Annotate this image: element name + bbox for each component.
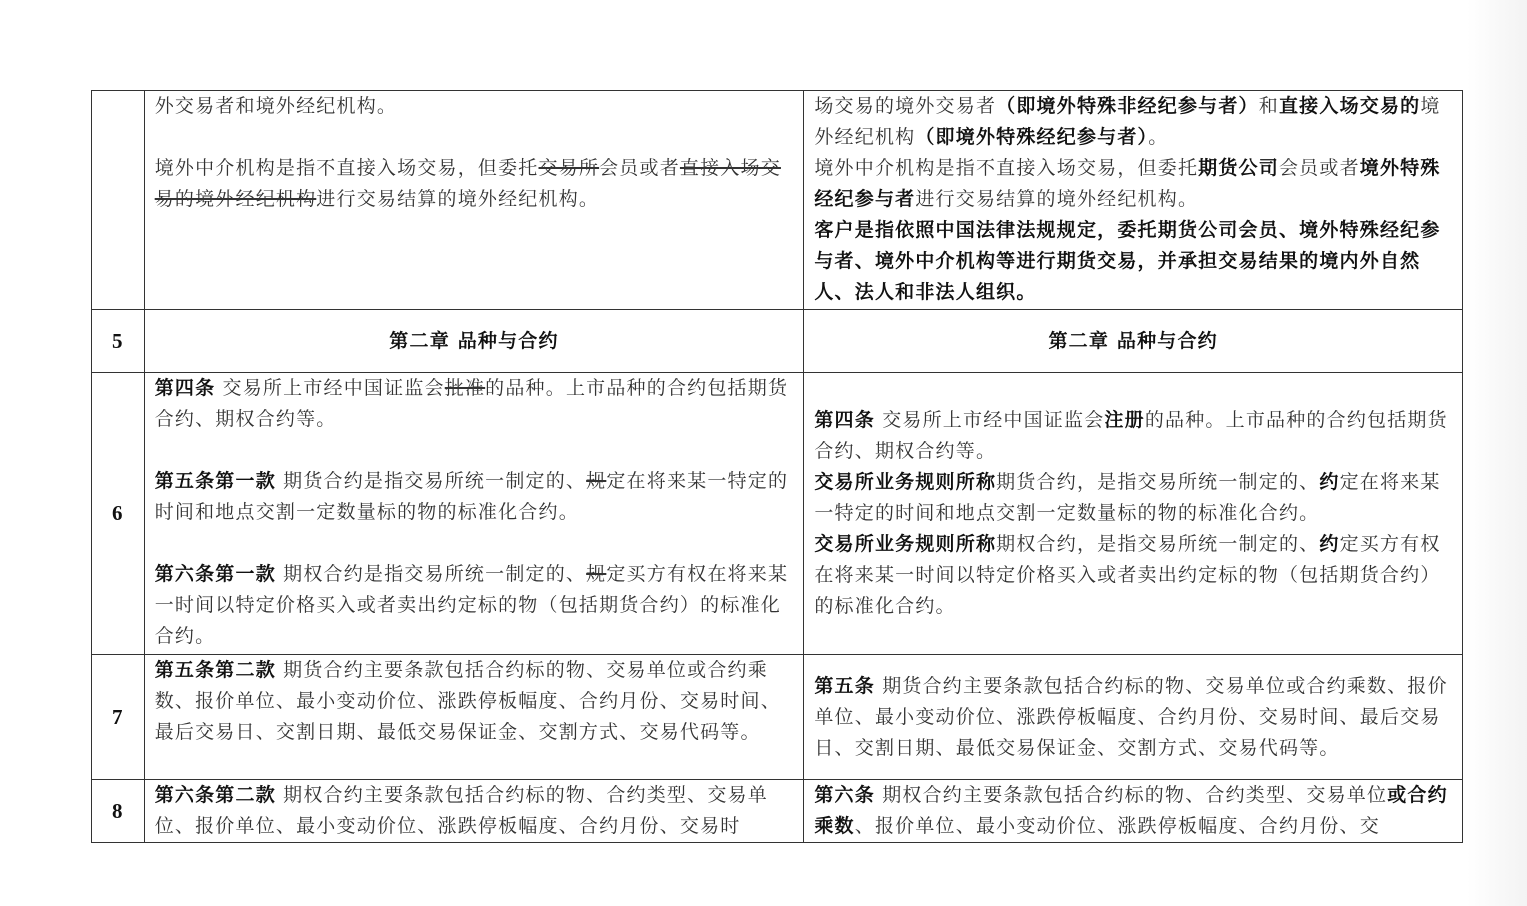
added-text: 交易所业务规则所称 [814, 533, 996, 555]
table-row: 5 第二章 品种与合约 第二章 品种与合约 [92, 310, 1463, 373]
row-number: 7 [92, 655, 145, 780]
original-text-cell: 第四条 交易所上市经中国证监会批准的品种。上市品种的合约包括期货合约、期权合约等… [144, 373, 804, 655]
added-text: 约 [1319, 533, 1339, 555]
revised-paragraph-added: 客户是指依照中国法律法规规定，委托期货公司会员、境外特殊经纪参与者、境外中介机构… [814, 215, 1452, 308]
text-segment: 期货合约，是指交易所统一制定的、 [996, 471, 1319, 493]
text-segment: 境外中介机构是指不直接入场交易，但委托 [155, 157, 539, 179]
row-number: 8 [92, 780, 145, 843]
text-segment: 交易所上市经中国证监会 [215, 377, 444, 399]
deleted-text: 批准 [445, 377, 485, 399]
article-4-revised: 第四条 交易所上市经中国证监会注册的品种。上市品种的合约包括期货合约、期权合约等… [814, 405, 1452, 467]
original-text-cell: 外交易者和境外经纪机构。 境外中介机构是指不直接入场交易，但委托交易所会员或者直… [144, 91, 804, 310]
text-segment: 场交易的境外交易者 [814, 95, 996, 117]
article-revised: 第五条 期货合约主要条款包括合约标的物、交易单位或合约乘数、报价单位、最小变动价… [814, 671, 1452, 764]
original-paragraph: 外交易者和境外经纪机构。 [155, 91, 794, 122]
revised-text-cell: 第六条 期权合约主要条款包括合约标的物、合约类型、交易单位或合约乘数、报价单位、… [804, 780, 1463, 843]
chapter-heading-revised: 第二章 品种与合约 [804, 310, 1463, 373]
rule-comparison-table: 外交易者和境外经纪机构。 境外中介机构是指不直接入场交易，但委托交易所会员或者直… [91, 90, 1463, 843]
chapter-heading-original: 第二章 品种与合约 [144, 310, 804, 373]
row-number [92, 91, 145, 310]
page-edge-shadow [1467, 0, 1527, 906]
article-heading: 第四条 [814, 409, 875, 431]
text-segment: 会员或者 [599, 157, 680, 179]
text-segment: 期货合约主要条款包括合约标的物、交易单位或合约乘数、报价单位、最小变动价位、涨跌… [814, 675, 1447, 759]
deleted-text: 规 [586, 470, 606, 492]
deleted-text: 规 [586, 563, 606, 585]
article-6-revised: 交易所业务规则所称期权合约，是指交易所统一制定的、约定买方有权在将来某一时间以特… [814, 529, 1452, 622]
revised-paragraph: 场交易的境外交易者（即境外特殊非经纪参与者）和直接入场交易的境外经纪机构（即境外… [814, 91, 1452, 153]
article-5-revised: 交易所业务规则所称期货合约，是指交易所统一制定的、约定在将来某一特定的时间和地点… [814, 467, 1452, 529]
article-6-original: 第六条第一款 期权合约是指交易所统一制定的、规定买方有权在将来某一时间以特定价格… [155, 559, 794, 652]
table-row: 8 第六条第二款 期权合约主要条款包括合约标的物、合约类型、交易单位、报价单位、… [92, 780, 1463, 843]
added-text: 约 [1319, 471, 1339, 493]
article-original: 第五条第二款 期货合约主要条款包括合约标的物、交易单位或合约乘数、报价单位、最小… [155, 655, 794, 748]
article-5-original: 第五条第一款 期货合约是指交易所统一制定的、规定在将来某一特定的时间和地点交割一… [155, 466, 794, 528]
text-segment: 交易所上市经中国证监会 [875, 409, 1104, 431]
article-revised: 第六条 期权合约主要条款包括合约标的物、合约类型、交易单位或合约乘数、报价单位、… [814, 780, 1452, 842]
original-text-cell: 第六条第二款 期权合约主要条款包括合约标的物、合约类型、交易单位、报价单位、最小… [144, 780, 804, 843]
text-segment: 期权合约，是指交易所统一制定的、 [996, 533, 1319, 555]
table-row: 外交易者和境外经纪机构。 境外中介机构是指不直接入场交易，但委托交易所会员或者直… [92, 91, 1463, 310]
revised-text-cell: 第五条 期货合约主要条款包括合约标的物、交易单位或合约乘数、报价单位、最小变动价… [804, 655, 1463, 780]
text-segment: 期货合约是指交易所统一制定的、 [276, 470, 586, 492]
text-segment: 。 [1148, 126, 1168, 148]
row-number: 5 [92, 310, 145, 373]
text-segment: 和 [1259, 95, 1279, 117]
revised-text-cell: 第四条 交易所上市经中国证监会注册的品种。上市品种的合约包括期货合约、期权合约等… [804, 373, 1463, 655]
text-segment: 进行交易结算的境外经纪机构。 [316, 188, 599, 210]
article-heading: 第五条第一款 [155, 470, 276, 492]
added-text: 注册 [1104, 409, 1144, 431]
text-segment: 境外中介机构是指不直接入场交易，但委托 [814, 157, 1198, 179]
added-text: 期货公司 [1198, 157, 1279, 179]
article-heading: 第六条 [814, 784, 875, 806]
revised-text-cell: 场交易的境外交易者（即境外特殊非经纪参与者）和直接入场交易的境外经纪机构（即境外… [804, 91, 1463, 310]
article-heading: 第六条第二款 [155, 784, 276, 806]
added-text: （即境外特殊非经纪参与者） [996, 95, 1259, 117]
article-4-original: 第四条 交易所上市经中国证监会批准的品种。上市品种的合约包括期货合约、期权合约等… [155, 373, 794, 435]
row-number: 6 [92, 373, 145, 655]
revised-paragraph: 境外中介机构是指不直接入场交易，但委托期货公司会员或者境外特殊经纪参与者进行交易… [814, 153, 1452, 215]
text-segment: 、报价单位、最小变动价位、涨跌停板幅度、合约月份、交 [855, 815, 1380, 837]
table-row: 7 第五条第二款 期货合约主要条款包括合约标的物、交易单位或合约乘数、报价单位、… [92, 655, 1463, 780]
original-paragraph: 境外中介机构是指不直接入场交易，但委托交易所会员或者直接入场交易的境外经纪机构进… [155, 153, 794, 215]
table-row: 6 第四条 交易所上市经中国证监会批准的品种。上市品种的合约包括期货合约、期权合… [92, 373, 1463, 655]
original-text-cell: 第五条第二款 期货合约主要条款包括合约标的物、交易单位或合约乘数、报价单位、最小… [144, 655, 804, 780]
deleted-text: 交易所 [539, 157, 600, 179]
article-heading: 第五条 [814, 675, 875, 697]
text-segment: 期权合约是指交易所统一制定的、 [276, 563, 586, 585]
article-heading: 第四条 [155, 377, 216, 399]
text-segment: 会员或者 [1279, 157, 1360, 179]
article-original: 第六条第二款 期权合约主要条款包括合约标的物、合约类型、交易单位、报价单位、最小… [155, 780, 794, 842]
added-text: 直接入场交易的 [1279, 95, 1420, 117]
article-heading: 第五条第二款 [155, 659, 276, 681]
text-segment: 期权合约主要条款包括合约标的物、合约类型、交易单位 [875, 784, 1387, 806]
text-segment: 外交易者和境外经纪机构。 [155, 95, 397, 117]
text-segment: 进行交易结算的境外经纪机构。 [915, 188, 1198, 210]
added-text: 交易所业务规则所称 [814, 471, 996, 493]
article-heading: 第六条第一款 [155, 563, 276, 585]
added-text: （即境外特殊经纪参与者） [915, 126, 1148, 148]
